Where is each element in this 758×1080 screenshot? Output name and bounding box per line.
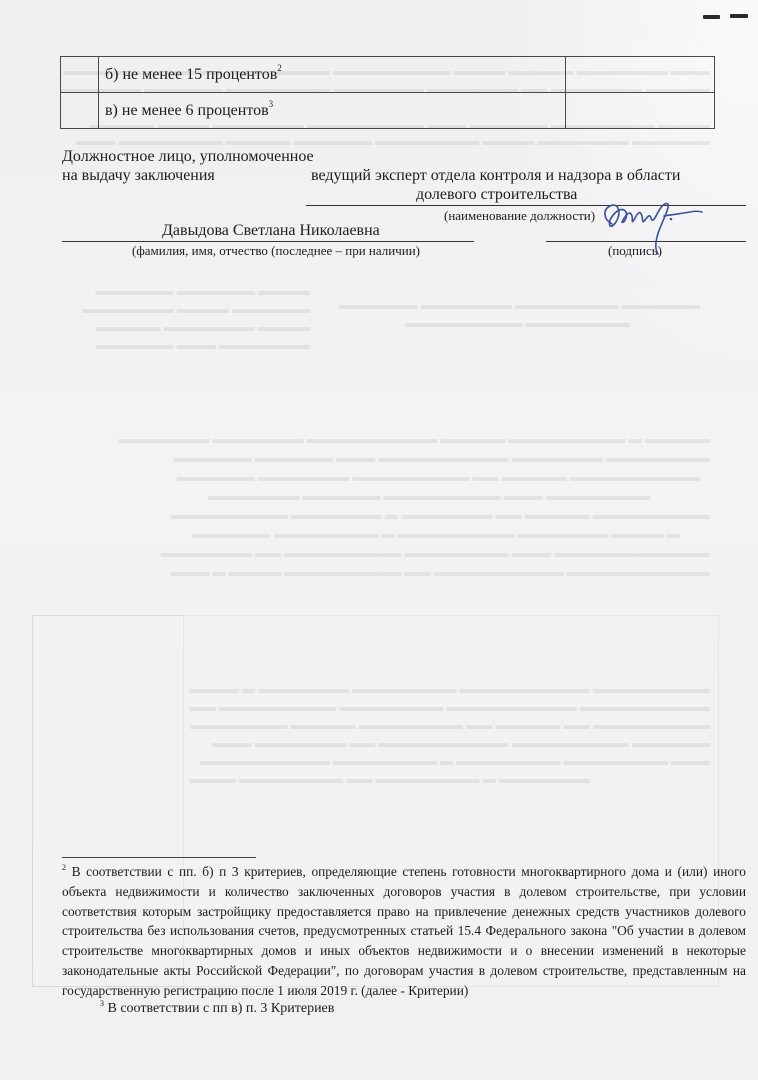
name-underline bbox=[62, 241, 474, 242]
footnote-separator bbox=[62, 857, 256, 858]
scan-artifact-mark bbox=[703, 15, 720, 19]
table-cell-value bbox=[566, 57, 715, 93]
position-line1: ведущий эксперт отдела контроля и надзор… bbox=[311, 167, 680, 185]
table-cell-criterion: в) не менее 6 процентов3 bbox=[99, 93, 566, 129]
footnote-text: В соответствии с пп в) п. 3 Критериев bbox=[108, 1001, 335, 1016]
official-role-label-line2: на выдачу заключения bbox=[62, 167, 215, 185]
footnote-number: 2 bbox=[62, 863, 66, 872]
position-caption: (наименование должности) bbox=[444, 208, 595, 224]
criteria-table: б) не менее 15 процентов2 в) не менее 6 … bbox=[60, 56, 715, 129]
official-full-name: Давыдова Светлана Николаевна bbox=[162, 222, 380, 240]
footnote-2: 2 В соответствии с пп. б) п 3 критериев,… bbox=[62, 862, 746, 1001]
footnote-number: 3 bbox=[100, 999, 104, 1008]
table-row: в) не менее 6 процентов3 bbox=[61, 93, 715, 129]
official-role-label-line1: Должностное лицо, уполномоченное bbox=[62, 148, 314, 166]
table-cell-value bbox=[566, 93, 715, 129]
footnote-ref: 2 bbox=[277, 63, 282, 73]
footnote-ref: 3 bbox=[269, 99, 274, 109]
table-cell-empty bbox=[61, 93, 99, 129]
table-cell-empty bbox=[61, 57, 99, 93]
scan-artifact-mark bbox=[730, 14, 748, 18]
name-caption: (фамилия, имя, отчество (последнее – при… bbox=[132, 243, 420, 259]
footnote-3: 3 В соответствии с пп в) п. 3 Критериев bbox=[100, 999, 500, 1019]
table-cell-criterion: б) не менее 15 процентов2 bbox=[99, 57, 566, 93]
handwritten-signature bbox=[598, 198, 708, 256]
table-row: б) не менее 15 процентов2 bbox=[61, 57, 715, 93]
footnote-text: В соответствии с пп. б) п 3 критериев, о… bbox=[62, 864, 746, 998]
position-line2: долевого строительства bbox=[416, 186, 577, 204]
